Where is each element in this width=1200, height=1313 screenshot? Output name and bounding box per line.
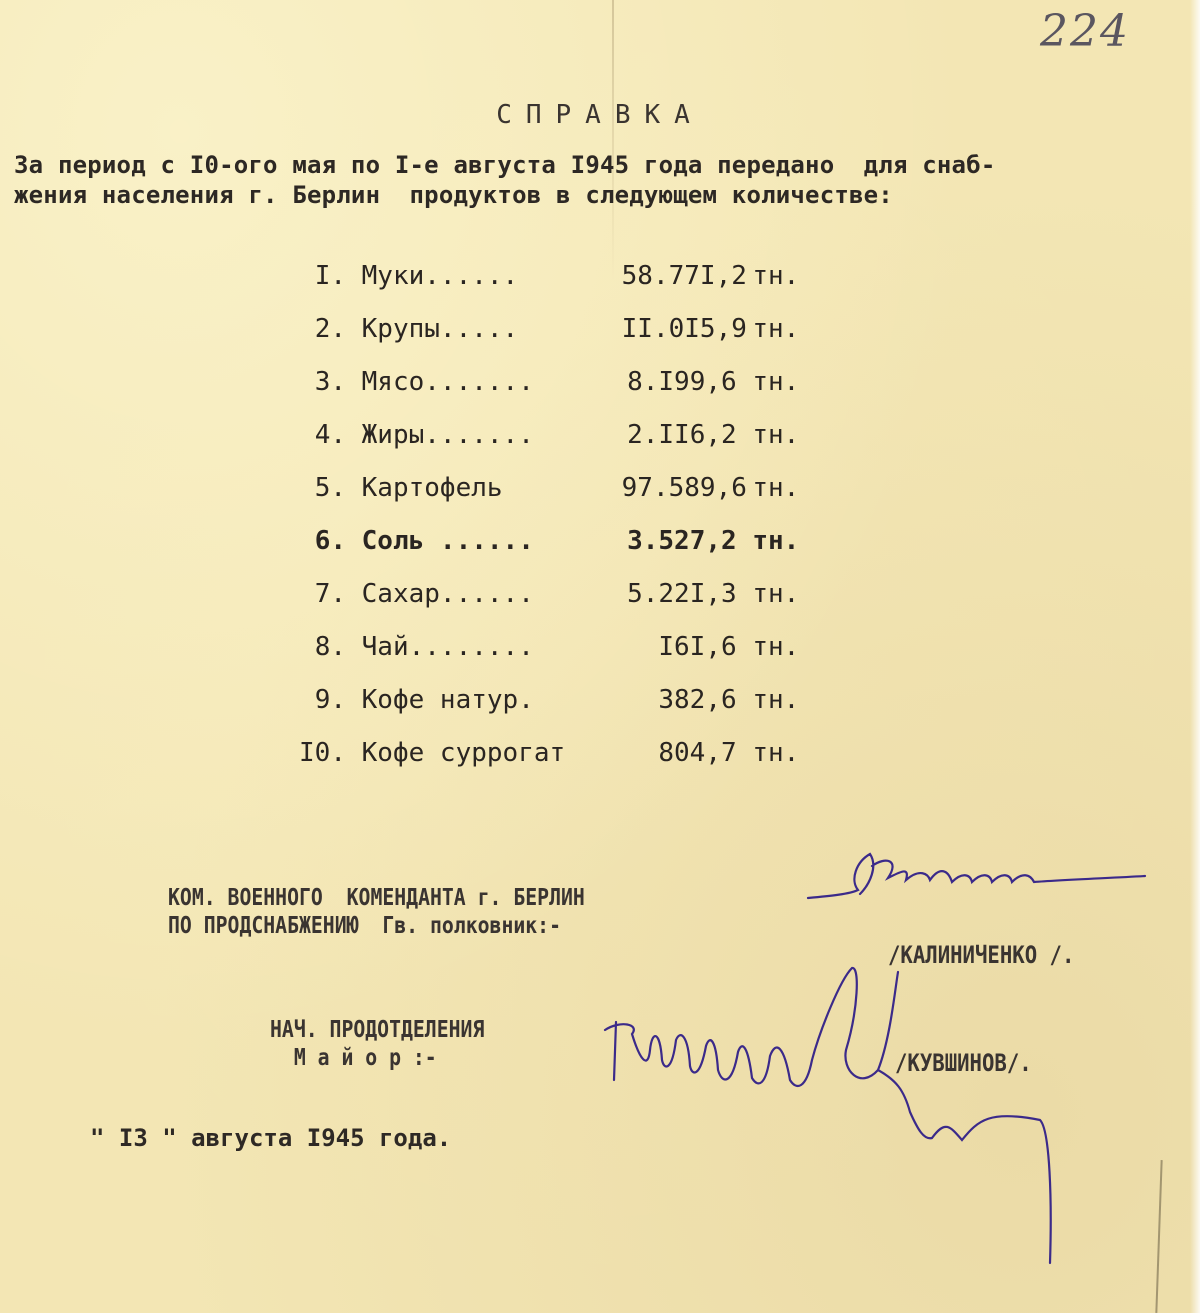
list-item: I0. Кофе суррогат804,7 тн. (276, 733, 799, 786)
item-unit: тн. (752, 526, 799, 556)
item-number: I. (276, 256, 346, 296)
item-qty: 3.527,2 (622, 521, 737, 561)
item-unit: тн. (752, 314, 799, 344)
signatory-2-name: /КУВШИНОВ/. (895, 1049, 1032, 1077)
item-qty: II.0I5,9 (622, 309, 737, 349)
item-qty: 2.II6,2 (622, 415, 737, 455)
item-qty: 8.I99,6 (622, 362, 737, 402)
list-item: 4. Жиры.......2.II6,2 тн. (276, 415, 799, 468)
list-item: 3. Мясо.......8.I99,6 тн. (276, 362, 799, 415)
signatory-1-line-2: ПО ПРОДСНАБЖЕНИЮ Гв. полковник:- (168, 912, 585, 940)
item-unit: тн. (752, 473, 799, 503)
item-number: 5. (276, 468, 346, 508)
intro-line-2: жения населения г. Берлин продуктов в сл… (14, 180, 1194, 210)
item-qty: 804,7 (622, 733, 737, 773)
intro-paragraph: За период с I0-ого мая по I-е августа I9… (14, 150, 1194, 210)
item-number: 2. (276, 309, 346, 349)
list-item: 2. Крупы.....II.0I5,9 тн. (276, 309, 799, 362)
list-item: 6. Соль ......3.527,2 тн. (276, 521, 799, 574)
list-item: 9. Кофе натур.382,6 тн. (276, 680, 799, 733)
item-qty: I6I,6 (622, 627, 737, 667)
document-date: " I3 " августа I945 года. (90, 1124, 451, 1152)
paper-crease (1155, 1160, 1162, 1313)
signature-kuvshinov (605, 968, 1051, 1263)
archive-page-number: 224 (1040, 6, 1130, 57)
item-number: 7. (276, 574, 346, 614)
intro-line-1: За период с I0-ого мая по I-е августа I9… (14, 150, 1194, 180)
item-number: 8. (276, 627, 346, 667)
item-unit: тн. (752, 420, 799, 450)
item-unit: тн. (752, 738, 799, 768)
item-unit: тн. (752, 685, 799, 715)
item-number: 9. (276, 680, 346, 720)
item-qty: 97.589,6 (622, 468, 737, 508)
product-list: I. Муки......58.77I,2 тн. 2. Крупы.....I… (276, 256, 799, 786)
signatory-1-title: КОМ. ВОЕННОГО КОМЕНДАНТА г. БЕРЛИНПО ПРО… (168, 884, 585, 940)
item-number: 4. (276, 415, 346, 455)
list-item: 8. Чай........I6I,6 тн. (276, 627, 799, 680)
item-number: 3. (276, 362, 346, 402)
list-item: 5. Картофель97.589,6 тн. (276, 468, 799, 521)
signatory-2-line-1: НАЧ. ПРОДОТДЕЛЕНИЯ (270, 1016, 484, 1044)
paper-fold (612, 0, 614, 280)
item-qty: 58.77I,2 (622, 256, 737, 296)
item-number: I0. (276, 733, 346, 773)
item-qty: 5.22I,3 (622, 574, 737, 614)
signatory-2-line-2: М а й о р :- (270, 1044, 484, 1072)
list-item: 7. Сахар......5.22I,3 тн. (276, 574, 799, 627)
document-title: СПРАВКА (0, 100, 1200, 130)
item-unit: тн. (752, 579, 799, 609)
item-qty: 382,6 (622, 680, 737, 720)
item-unit: тн. (752, 367, 799, 397)
signature-kalinichenko (808, 854, 1145, 898)
signatory-1-line-1: КОМ. ВОЕННОГО КОМЕНДАНТА г. БЕРЛИН (168, 884, 585, 912)
item-number: 6. (276, 521, 346, 561)
signatory-1-name: /КАЛИНИЧЕНКО /. (888, 941, 1074, 969)
item-unit: тн. (752, 261, 799, 291)
signatory-2-title: НАЧ. ПРОДОТДЕЛЕНИЯ М а й о р :- (270, 1016, 484, 1072)
list-item: I. Муки......58.77I,2 тн. (276, 256, 799, 309)
item-unit: тн. (752, 632, 799, 662)
